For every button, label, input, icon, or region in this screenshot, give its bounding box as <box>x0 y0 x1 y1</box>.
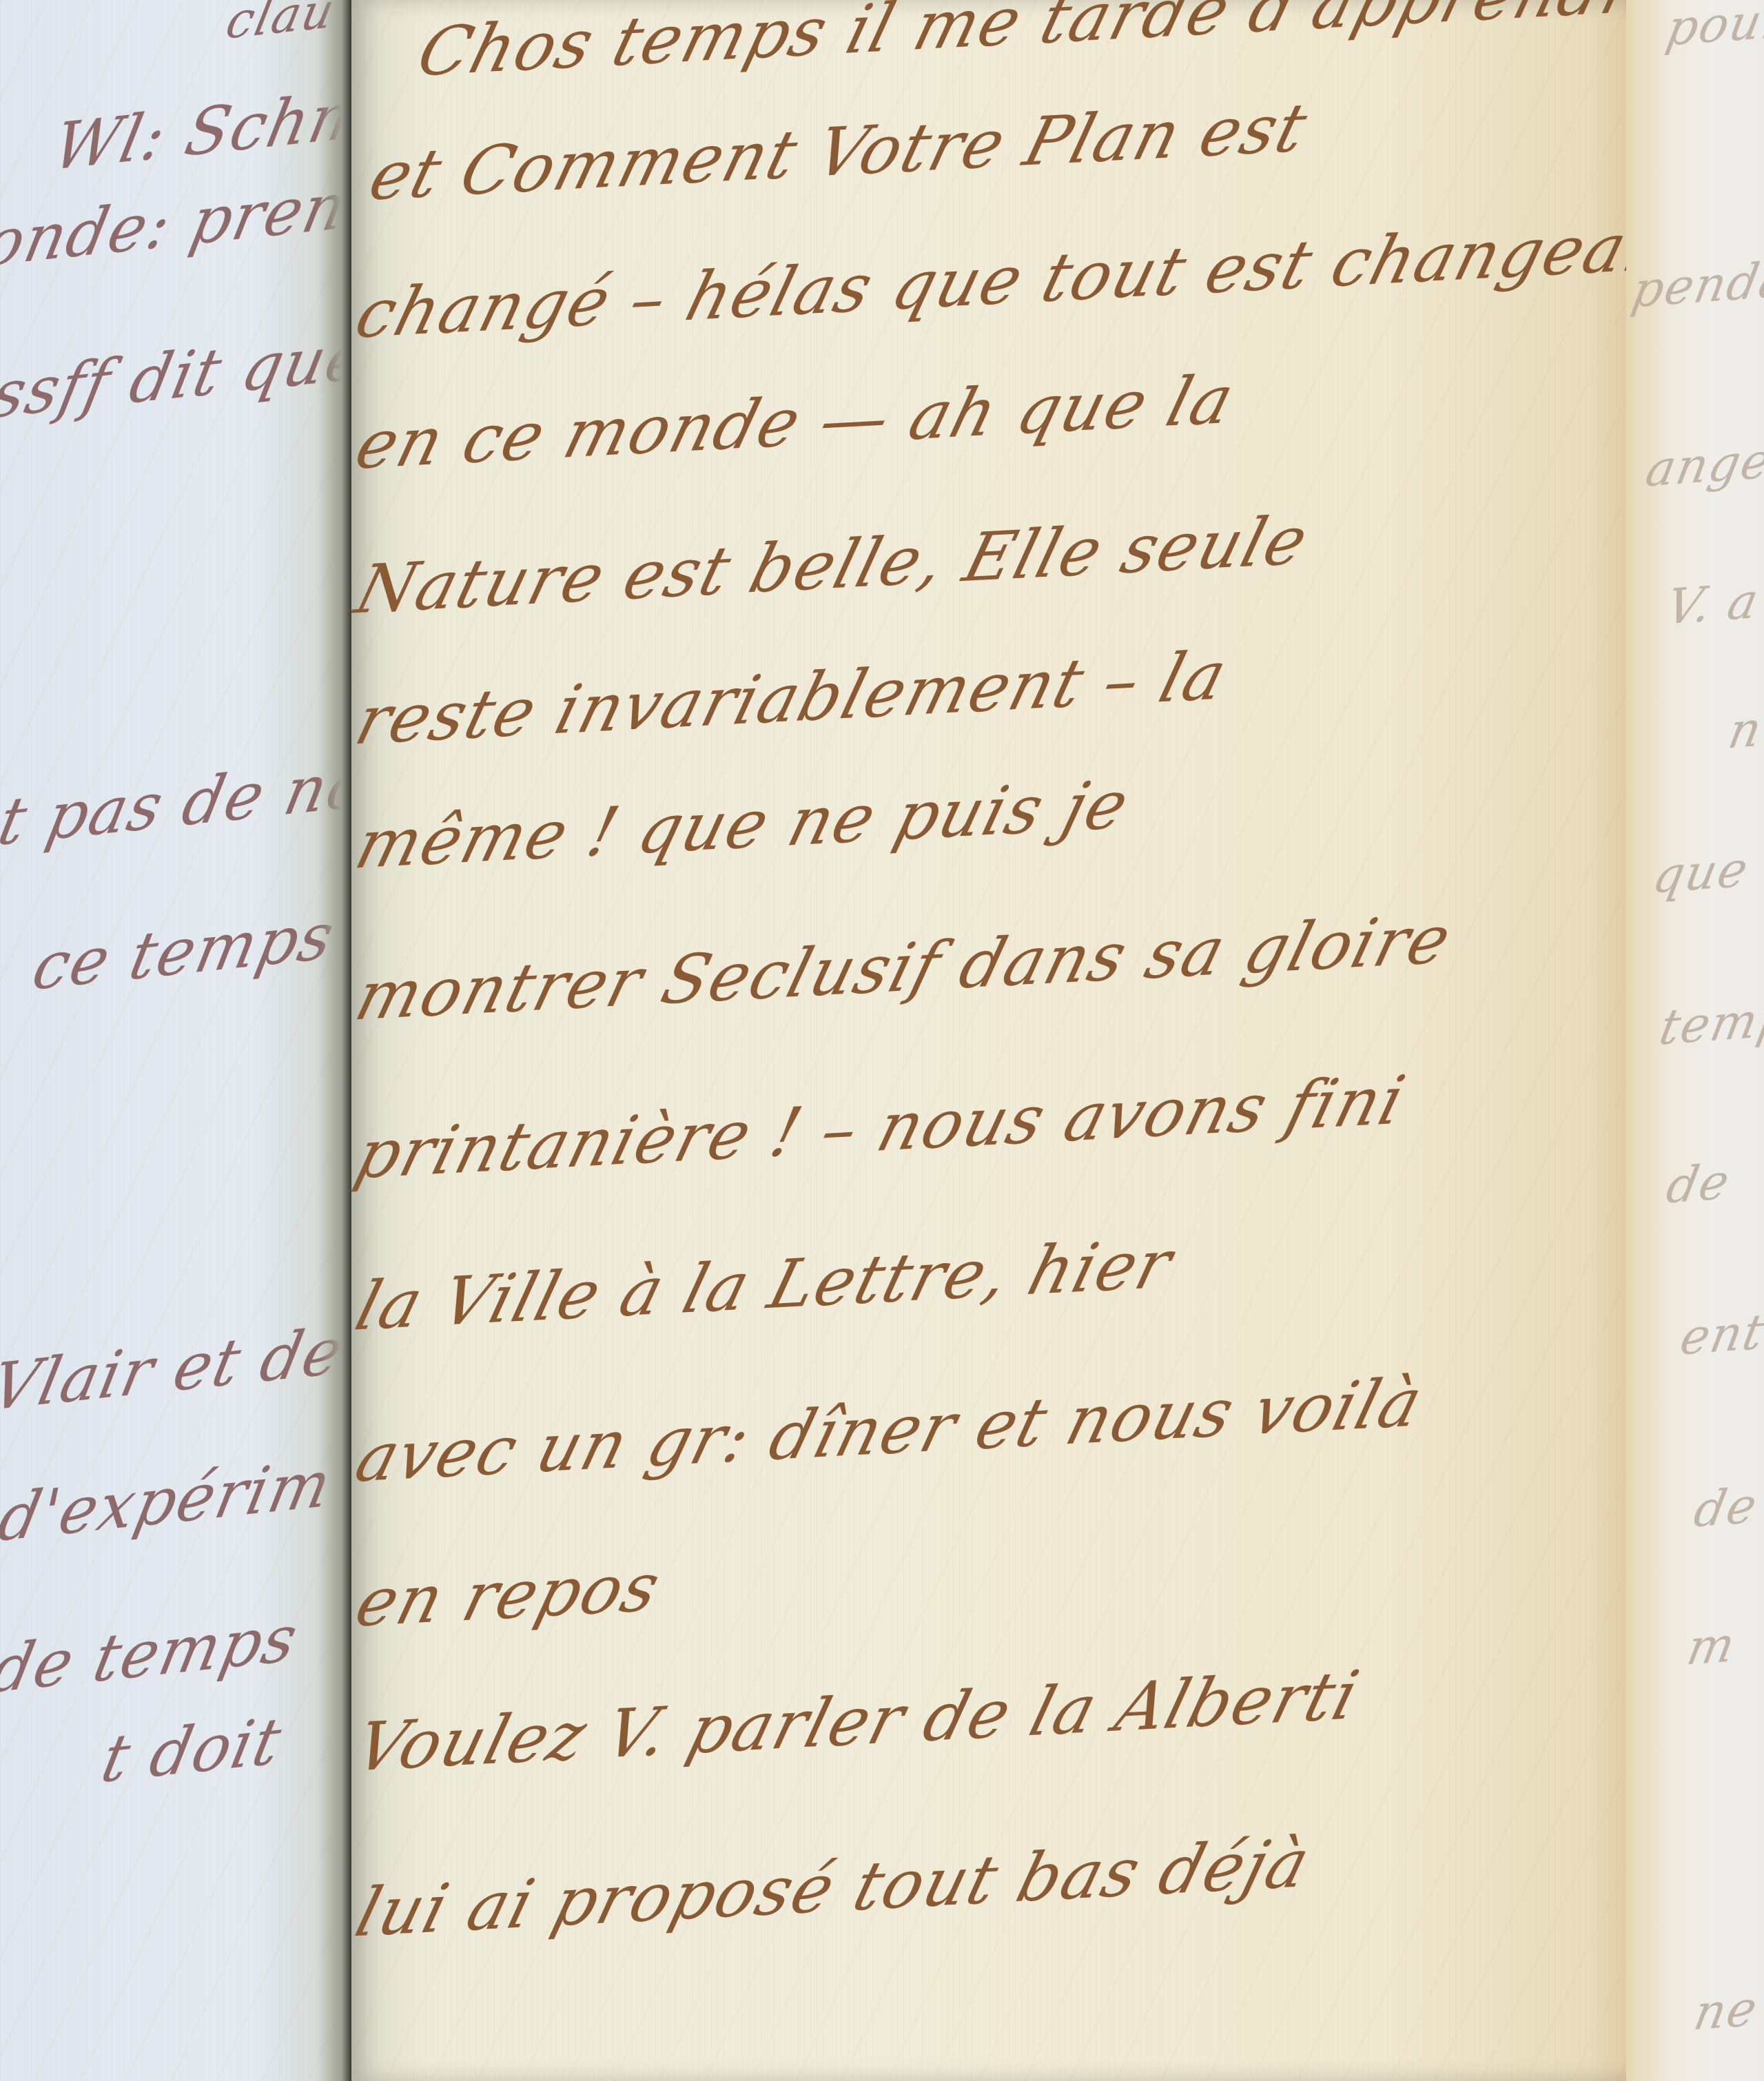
manuscript-line: même ! que ne puis je <box>351 766 1138 884</box>
manuscript-line: printanière ! – nous avons fini <box>351 1061 1414 1194</box>
right-line: m <box>1683 1616 1741 1677</box>
left-line: ce temps <box>26 898 341 1005</box>
left-line: t pas de no <box>0 746 358 860</box>
right-line: pour <box>1662 0 1764 57</box>
manuscript-line: changé – hélas que tout est changeant <box>351 205 1640 353</box>
right-line: pendant <box>1628 247 1764 319</box>
left-page: clau Wl: Schmid onde: prend ssff dit que… <box>0 0 358 2081</box>
right-line: ent <box>1676 1303 1764 1366</box>
left-line: ssff dit que <box>0 318 358 433</box>
manuscript-line: Voulez V. parler de la Alberti <box>351 1656 1368 1787</box>
manuscript-line: et Comment Votre Plan est <box>362 88 1316 216</box>
right-page-edge: pour pendant ange V. a n que temps de en… <box>1626 0 1764 2081</box>
manuscript-line: montrer Seclusif dans sa gloire <box>351 900 1460 1036</box>
manuscript-line: Nature est belle, Elle seule <box>351 501 1317 629</box>
right-line: temps <box>1655 988 1764 1056</box>
manuscript-line: la Ville à la Lettre, hier <box>351 1224 1181 1346</box>
right-line: de <box>1662 1153 1735 1215</box>
right-line: n <box>1724 700 1764 760</box>
manuscript-line: lui ai proposé tout bas déjà <box>351 1824 1319 1952</box>
left-line: Vlair et de <box>0 1313 350 1425</box>
right-line: que <box>1648 841 1754 905</box>
left-line: d'expérim <box>0 1446 339 1556</box>
manuscript-line: en ce monde — ah que la <box>351 360 1243 484</box>
manuscript-line: reste invariablement – la <box>351 636 1235 760</box>
right-line: V. a <box>1662 572 1764 636</box>
left-line: Wl: Schmid <box>47 70 358 185</box>
right-line: ange <box>1641 432 1764 498</box>
left-line: t doit <box>95 1703 289 1797</box>
manuscript-line: en repos <box>351 1548 669 1642</box>
manuscript-photo: clau Wl: Schmid onde: prend ssff dit que… <box>0 0 1764 2081</box>
left-line: de temps <box>0 1600 305 1708</box>
right-line: de <box>1690 1477 1763 1539</box>
manuscript-line: avec un gr: dîner et nous voilà <box>351 1363 1431 1497</box>
manuscript-line: Chos temps il me tarde d'apprendre <box>410 0 1640 92</box>
right-line: ne <box>1690 1980 1763 2042</box>
center-page: Chos temps il me tarde d'apprendre et Co… <box>351 0 1640 2081</box>
